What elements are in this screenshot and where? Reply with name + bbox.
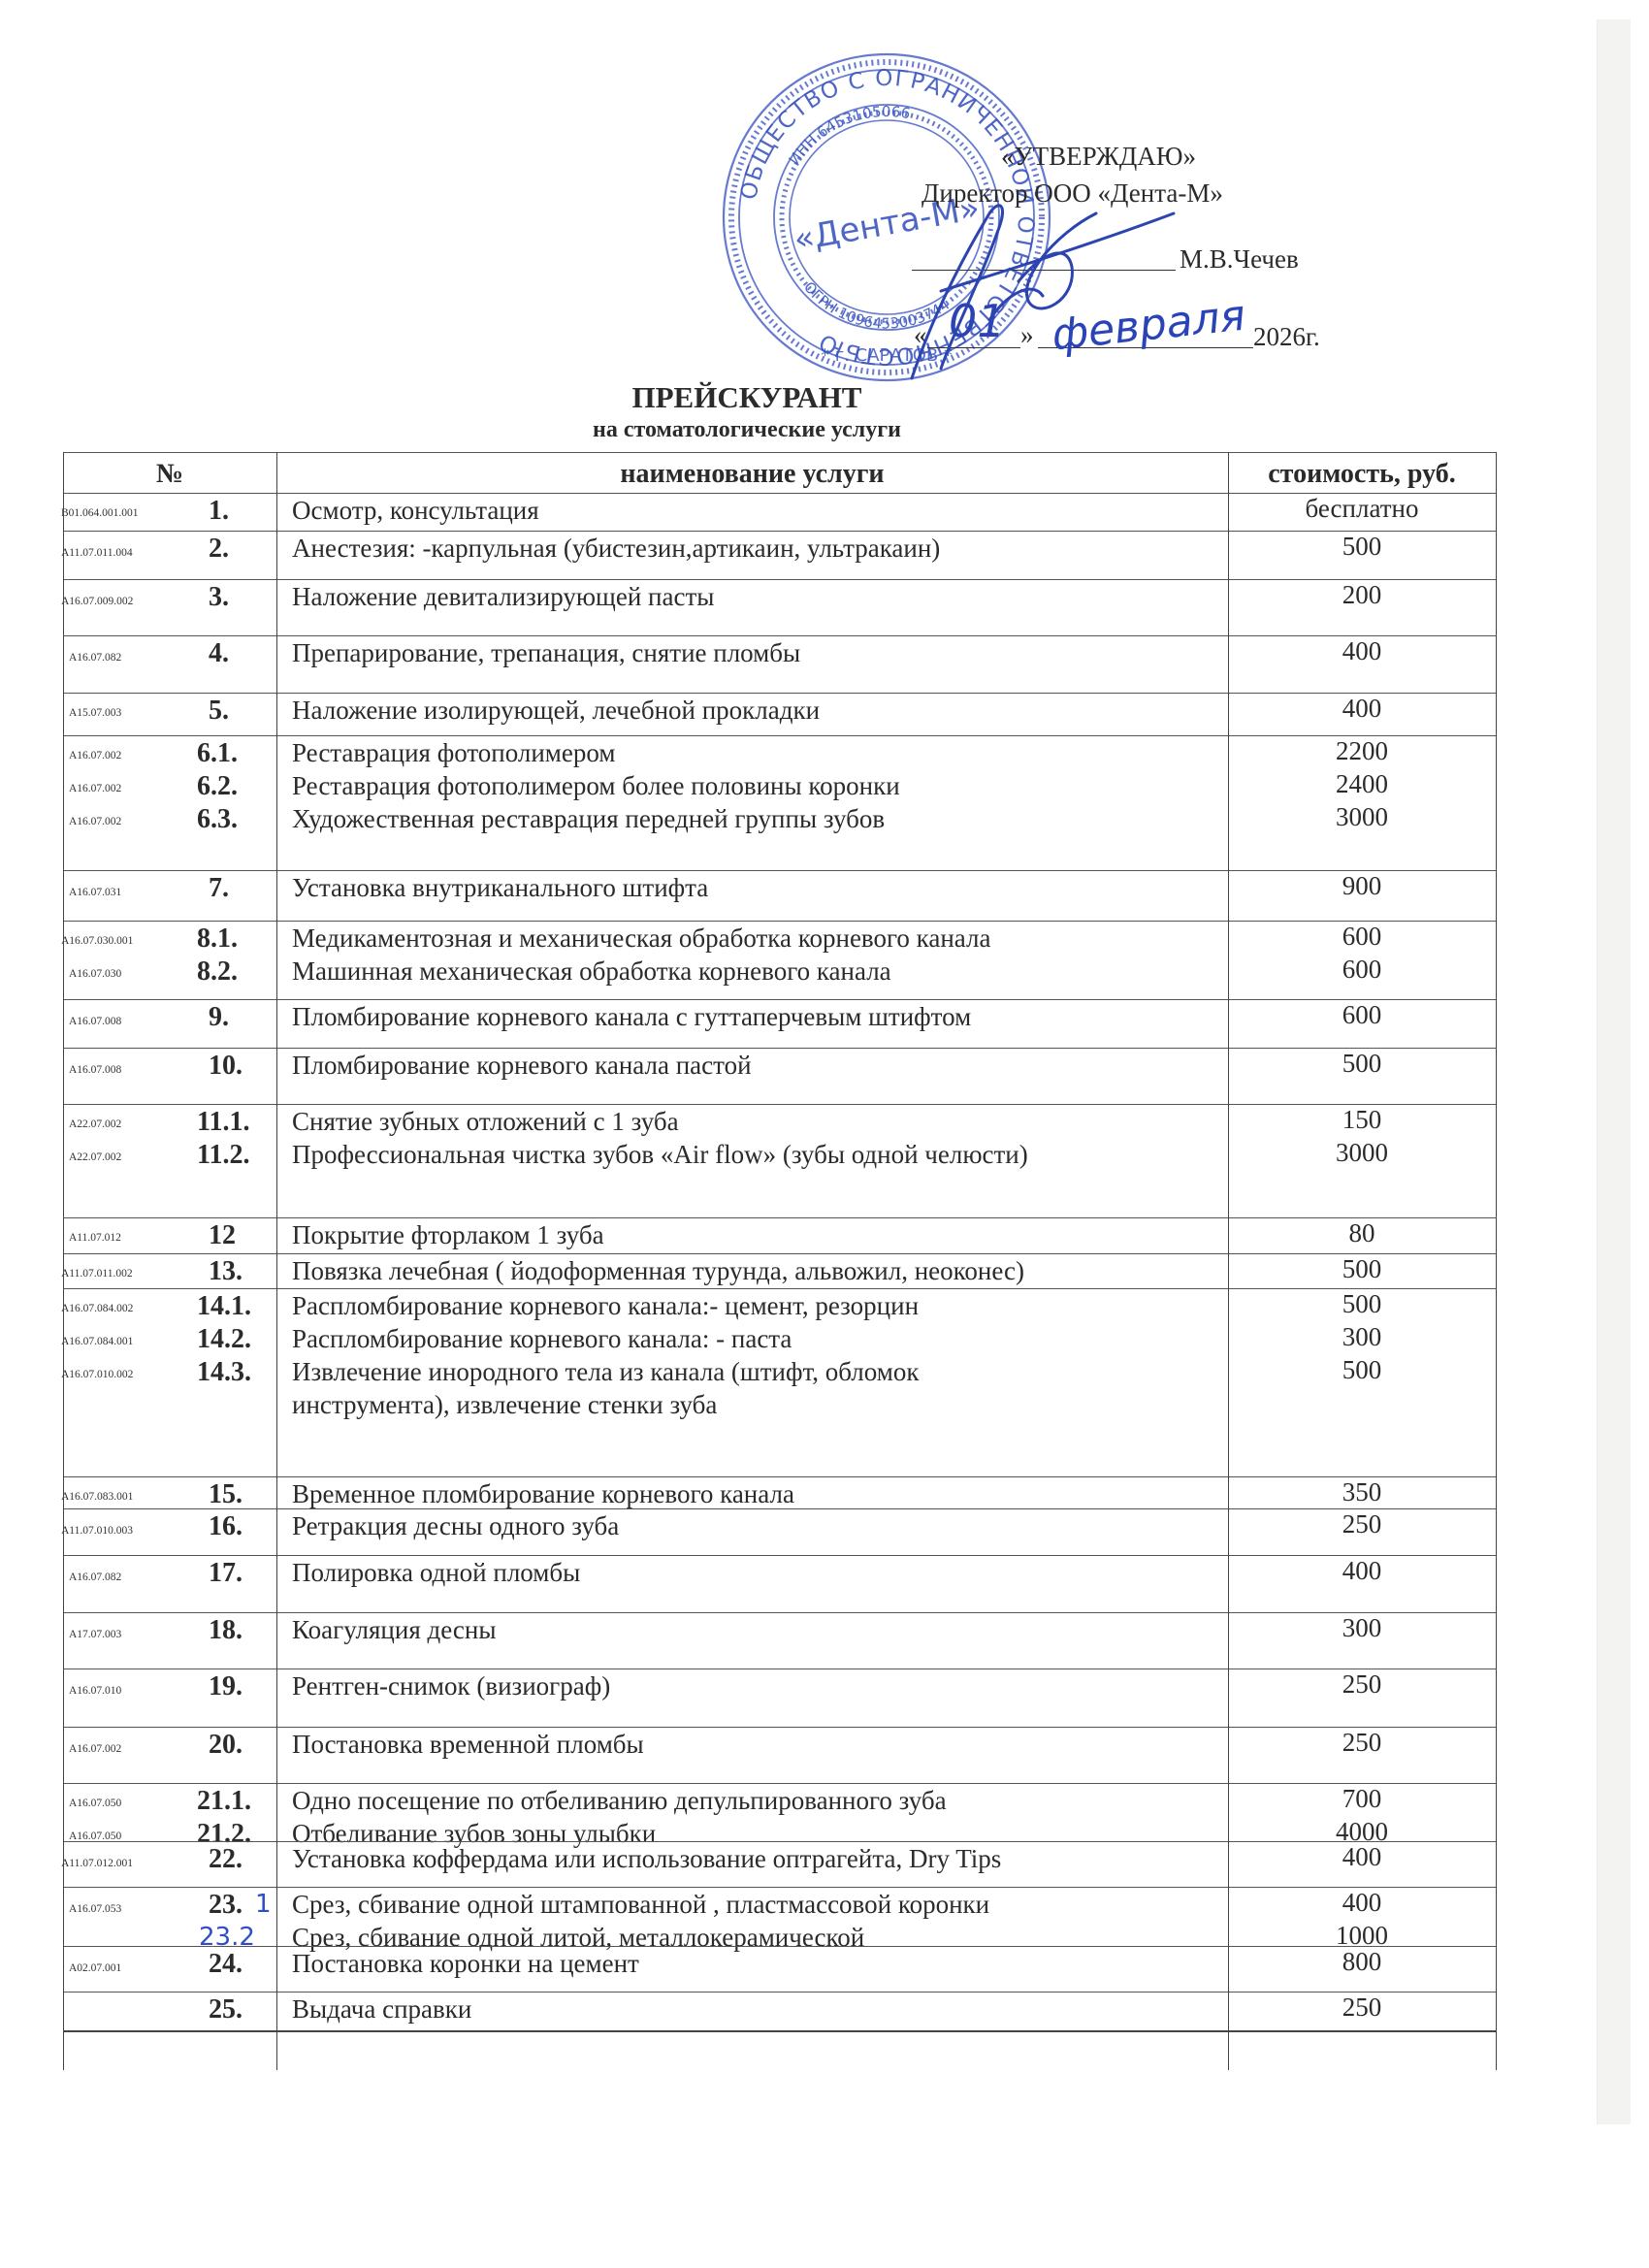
service-name: Препарирование, трепанация, снятие пломб… (292, 638, 800, 668)
service-number: 11.2. (197, 1140, 249, 1171)
table-row: A16.07.002A16.07.002A16.07.0026.1.6.2.6.… (63, 735, 1496, 871)
service-code: A16.07.083.001 (61, 1491, 133, 1503)
service-code: A22.07.002 (69, 1118, 121, 1130)
service-name: Установка коффердама или использование о… (292, 1844, 1001, 1874)
table-row: A16.07.030.001A16.07.0308.1.8.2.Медикаме… (63, 921, 1496, 1000)
service-name: Распломбирование корневого канала:- цеме… (292, 1291, 919, 1321)
service-price: 250 (1228, 1509, 1496, 1539)
service-name: Осмотр, консультация (292, 496, 539, 526)
table-row: A15.07.0035.Наложение изолирующей, лечеб… (63, 693, 1496, 736)
table-row: A16.07.083.00115.Временное пломбирование… (63, 1476, 1496, 1509)
price-cell: 250 (1228, 1993, 1496, 2030)
service-price: 500 (1228, 1049, 1496, 1079)
service-code: A16.07.030.001 (61, 935, 133, 947)
column-divider (276, 452, 277, 2070)
service-code: A16.07.030 (69, 968, 121, 980)
price-cell: 500 (1228, 1254, 1496, 1289)
service-price: 400 (1228, 694, 1496, 724)
price-cell: 250 (1228, 1509, 1496, 1556)
service-price: 2400 (1228, 769, 1496, 799)
service-price: 900 (1228, 871, 1496, 901)
service-price: 3000 (1228, 1138, 1496, 1168)
table-row: A16.07.050A16.07.05021.1.21.2.Одно посещ… (63, 1783, 1496, 1842)
table-row: A11.07.010.00316.Ретракция десны одного … (63, 1508, 1496, 1556)
table-row: A16.07.08217.Полировка одной пломбы400 (63, 1555, 1496, 1613)
service-number: 8.1. (197, 923, 238, 955)
table-row: A16.07.01019.Рентген-снимок (визиограф)2… (63, 1669, 1496, 1728)
price-cell: 500 (1228, 532, 1496, 580)
table-row: A16.07.0089.Пломбирование корневого кана… (63, 999, 1496, 1049)
table-row: A11.07.01212Покрытие фторлаком 1 зуба80 (63, 1217, 1496, 1254)
service-number: 8.2. (197, 956, 238, 988)
service-price: 200 (1228, 580, 1496, 610)
service-number: 16. (209, 1511, 242, 1542)
service-price: 80 (1228, 1218, 1496, 1248)
price-cell: 600600 (1228, 922, 1496, 1000)
service-code: A11.07.012 (69, 1232, 121, 1244)
service-price: 500 (1228, 1254, 1496, 1284)
service-number: 12 (209, 1220, 236, 1251)
table-row: A16.07.009.0023.Наложение девитализирующ… (63, 579, 1496, 636)
table-row: A17.07.00318.Коагуляция десны300 (63, 1612, 1496, 1669)
header-name: наименование услуги (276, 459, 1228, 490)
service-code: A11.07.011.002 (61, 1268, 133, 1280)
price-cell: 1503000 (1228, 1105, 1496, 1218)
service-price: 500 (1228, 1289, 1496, 1319)
price-cell: 7004000 (1228, 1784, 1496, 1842)
service-code: A16.07.084.001 (61, 1336, 133, 1347)
price-cell: 250 (1228, 1669, 1496, 1728)
date-year: 2026г. (1253, 324, 1320, 350)
service-number: 20. (209, 1730, 242, 1761)
price-cell: 4001000 (1228, 1888, 1496, 1947)
service-name: Выдача справки (292, 1994, 471, 2025)
service-number: 1. (209, 496, 229, 527)
service-price: 700 (1228, 1784, 1496, 1814)
service-number: 19. (209, 1671, 242, 1702)
service-code: A16.07.002 (69, 783, 121, 794)
service-number: 22. (209, 1844, 242, 1875)
service-name: Анестезия: -карпульная (убистезин,артика… (292, 534, 940, 564)
service-name: Установка внутриканального штифта (292, 873, 708, 903)
table-row: B01.064.001.0011.Осмотр, консультациябес… (63, 493, 1496, 532)
director-signature (873, 175, 1261, 388)
header-number: № (63, 459, 276, 490)
service-name: Срез, сбивание одной штампованной , плас… (292, 1890, 989, 1920)
service-number: 21.1. (197, 1786, 251, 1817)
service-name: Реставрация фотополимером (292, 738, 615, 768)
service-price: 500 (1228, 1355, 1496, 1385)
service-number: 3. (209, 582, 229, 613)
scan-page-edge (1597, 19, 1631, 2124)
service-code: A15.07.003 (69, 707, 121, 719)
page-title: ПРЕЙСКУРАНТ (0, 380, 1494, 415)
service-name: Снятие зубных отложений с 1 зуба (292, 1107, 679, 1137)
page-subtitle: на стоматологические услуги (0, 417, 1494, 443)
service-number: 9. (209, 1002, 229, 1033)
service-code: A16.07.008 (69, 1064, 121, 1076)
service-code: A16.07.002 (69, 750, 121, 761)
service-name: Ретракция десны одного зуба (292, 1511, 619, 1541)
service-number: 14.1. (197, 1291, 251, 1322)
service-number: 5. (209, 696, 229, 727)
service-name: Коагуляция десны (292, 1615, 496, 1645)
service-code: A16.07.082 (69, 652, 121, 664)
service-number: 17. (209, 1558, 242, 1589)
service-name: Полировка одной пломбы (292, 1558, 580, 1588)
price-cell: бесплатно (1228, 494, 1496, 532)
service-price: 3000 (1228, 802, 1496, 832)
service-code: A16.07.082 (69, 1571, 121, 1583)
price-cell: 500300500 (1228, 1289, 1496, 1477)
service-code: A16.07.053 (69, 1903, 121, 1915)
service-name: Наложение изолирующей, лечебной прокладк… (292, 696, 820, 726)
service-price: бесплатно (1228, 494, 1496, 524)
service-number: 25. (209, 1994, 242, 2025)
service-price: 600 (1228, 1000, 1496, 1030)
service-name: Наложение девитализирующей пасты (292, 582, 714, 612)
service-price: 300 (1228, 1322, 1496, 1352)
price-cell: 400 (1228, 1556, 1496, 1613)
service-name: Временное пломбирование корневого канала (292, 1479, 794, 1509)
service-code: A11.07.011.004 (61, 547, 133, 559)
service-code: A16.07.084.002 (61, 1303, 133, 1314)
service-code: A16.07.008 (69, 1016, 121, 1027)
price-cell: 400 (1228, 636, 1496, 694)
service-price: 400 (1228, 1842, 1496, 1872)
service-number: 4. (209, 638, 229, 669)
service-number: 7. (209, 873, 229, 904)
service-name: Покрытие фторлаком 1 зуба (292, 1220, 604, 1250)
service-number: 11.1. (197, 1107, 249, 1138)
service-name: Постановка временной пломбы (292, 1730, 644, 1760)
service-code: A11.07.010.003 (61, 1525, 133, 1537)
service-price: 400 (1228, 1556, 1496, 1586)
service-number: 10. (209, 1051, 242, 1082)
service-price: 800 (1228, 1947, 1496, 1977)
service-name: Реставрация фотополимером более половины… (292, 771, 900, 801)
service-code: A16.07.002 (69, 816, 121, 827)
service-code: A11.07.012.001 (61, 1858, 133, 1869)
service-number: 6.2. (197, 771, 238, 802)
service-price: 250 (1228, 1669, 1496, 1700)
service-number: 14.2. (197, 1324, 251, 1355)
service-number: 2. (209, 534, 229, 565)
price-cell: 400 (1228, 1842, 1496, 1888)
table-row: A11.07.011.00213.Повязка лечебная ( йодо… (63, 1253, 1496, 1289)
service-name: инструмента), извлечение стенки зуба (292, 1390, 717, 1420)
table-row: A16.07.00810.Пломбирование корневого кан… (63, 1048, 1496, 1105)
service-code: A16.07.031 (69, 887, 121, 898)
service-name: Пломбирование корневого канала с гуттапе… (292, 1002, 971, 1032)
service-price: 2200 (1228, 736, 1496, 766)
service-price: 600 (1228, 922, 1496, 952)
service-number: 24. (209, 1949, 242, 1980)
service-code: A17.07.003 (69, 1629, 121, 1640)
table-row: A16.07.0824.Препарирование, трепанация, … (63, 635, 1496, 694)
service-code: A16.07.009.002 (61, 596, 133, 607)
table-row: A11.07.012.00122.Установка коффердама ил… (63, 1841, 1496, 1888)
price-cell: 350 (1228, 1477, 1496, 1509)
service-code: A22.07.002 (69, 1151, 121, 1163)
service-name: Медикаментозная и механическая обработка… (292, 923, 990, 954)
price-cell: 250 (1228, 1728, 1496, 1784)
table-row: 25.Выдача справки250 (63, 1992, 1496, 2032)
service-price: 500 (1228, 532, 1496, 562)
table-row: A16.07.05323.123.2Срез, сбивание одной ш… (63, 1887, 1496, 1947)
service-number: 6.1. (197, 738, 238, 769)
service-price: 300 (1228, 1613, 1496, 1643)
service-code: A16.07.010.002 (61, 1369, 133, 1380)
service-name: Пломбирование корневого канала пастой (292, 1051, 752, 1081)
service-number: 14.3. (197, 1357, 251, 1388)
service-price: 600 (1228, 955, 1496, 985)
service-number: 18. (209, 1615, 242, 1646)
service-code: A02.07.001 (69, 1962, 121, 1974)
price-cell: 400 (1228, 694, 1496, 736)
price-cell: 500 (1228, 1049, 1496, 1105)
service-price: 250 (1228, 1728, 1496, 1758)
service-number: 6.3. (197, 804, 238, 835)
handwritten-subnumber: 1 (255, 1890, 272, 1919)
service-name: Извлечение инородного тела из канала (шт… (292, 1357, 919, 1387)
service-code: A16.07.010 (69, 1685, 121, 1697)
price-cell: 220024003000 (1228, 736, 1496, 871)
service-code: A16.07.050 (69, 1798, 121, 1809)
column-divider (1228, 452, 1229, 2070)
service-name: Рентген-снимок (визиограф) (292, 1671, 610, 1701)
service-price: 400 (1228, 1888, 1496, 1918)
table-row: A11.07.011.0042.Анестезия: -карпульная (… (63, 531, 1496, 580)
service-name: Художественная реставрация передней груп… (292, 804, 885, 834)
service-name: Постановка коронки на цемент (292, 1949, 639, 1979)
header-price: стоимость, руб. (1228, 459, 1496, 490)
service-code: B01.064.001.001 (61, 507, 139, 519)
table-row: A02.07.00124.Постановка коронки на цемен… (63, 1946, 1496, 1993)
price-cell: 80 (1228, 1218, 1496, 1254)
service-number: 13. (209, 1256, 242, 1287)
table-border (63, 452, 64, 2070)
service-name: Машинная механическая обработка корневог… (292, 956, 891, 987)
price-cell: 200 (1228, 580, 1496, 636)
table-header-row: № наименование услуги стоимость, руб. (63, 452, 1496, 494)
service-code: A16.07.002 (69, 1743, 121, 1755)
service-name: Повязка лечебная ( йодоформенная турунда… (292, 1256, 1024, 1286)
service-name: Одно посещение по отбеливанию депульпиро… (292, 1786, 947, 1816)
service-price: 400 (1228, 636, 1496, 666)
service-number: 15. (209, 1479, 242, 1510)
table-border (1496, 452, 1497, 2070)
price-cell: 900 (1228, 871, 1496, 922)
price-cell: 800 (1228, 1947, 1496, 1993)
table-row: A16.07.0317.Установка внутриканального ш… (63, 870, 1496, 922)
table-row: A16.07.00220.Постановка временной пломбы… (63, 1727, 1496, 1784)
service-price: 350 (1228, 1477, 1496, 1507)
service-price: 250 (1228, 1993, 1496, 2023)
service-name: Профессиональная чистка зубов «Air flow»… (292, 1140, 1028, 1170)
price-cell: 600 (1228, 1000, 1496, 1049)
price-cell: 300 (1228, 1613, 1496, 1669)
table-row: A16.07.084.002A16.07.084.001A16.07.010.0… (63, 1288, 1496, 1477)
service-number: 23. (209, 1890, 242, 1921)
approval-heading: «УТВЕРЖДАЮ» (1001, 144, 1196, 170)
service-name: Распломбирование корневого канала: - пас… (292, 1324, 792, 1354)
table-row: A22.07.002A22.07.00211.1.11.2.Снятие зуб… (63, 1104, 1496, 1218)
service-price: 150 (1228, 1105, 1496, 1135)
